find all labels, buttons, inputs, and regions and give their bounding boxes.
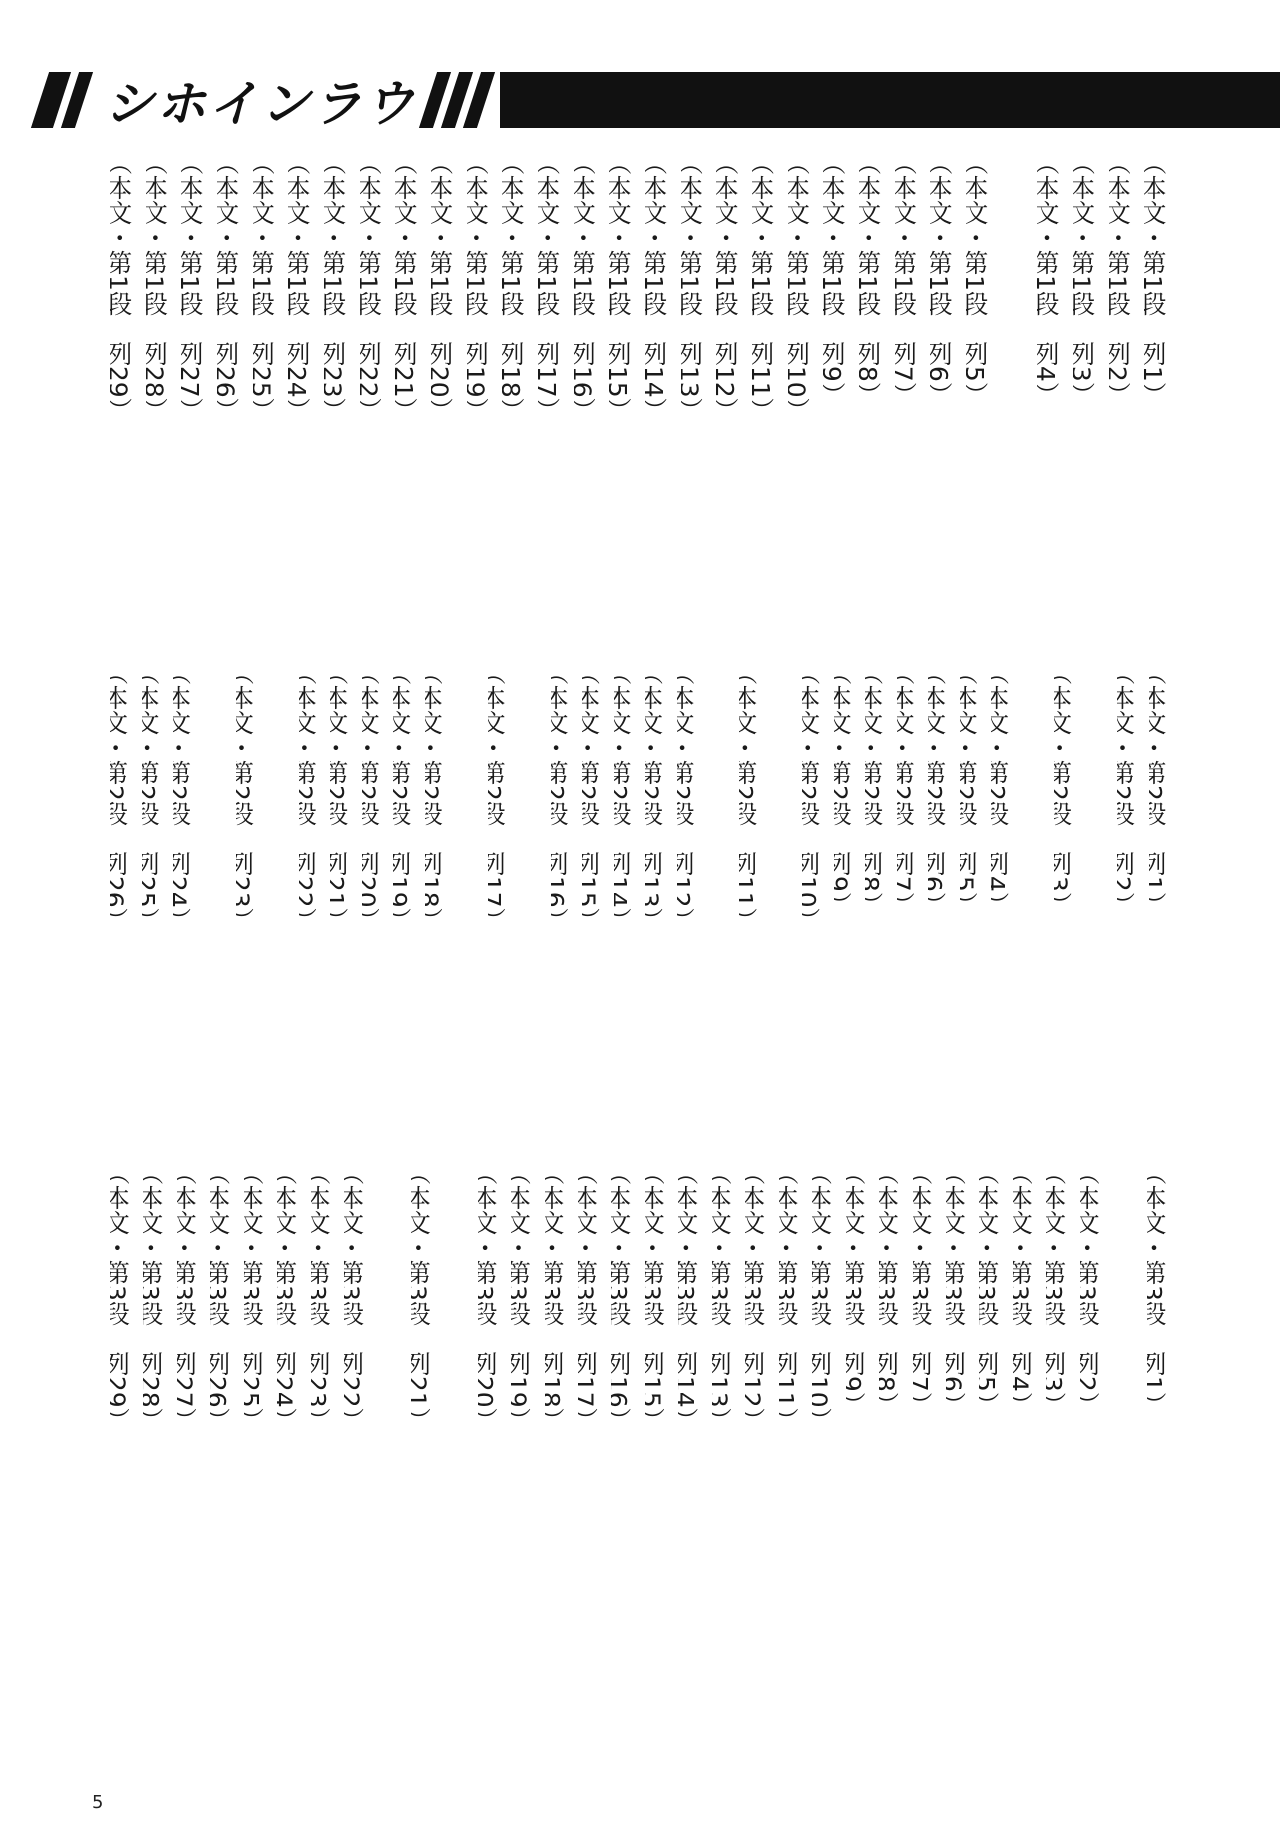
text-column: （本文・第2段 列2）	[1117, 660, 1139, 1090]
text-column: （本文・第3段 列15）	[645, 1160, 668, 1640]
text-column: （本文・第2段 列24）	[173, 660, 195, 1090]
text-column: （本文・第3段 列20）	[478, 1160, 501, 1640]
text-column: （本文・第2段 列16）	[551, 660, 573, 1090]
text-column: （本文・第1段 列23）	[324, 150, 350, 620]
text-column: （本文・第1段 列22）	[360, 150, 386, 620]
text-column	[708, 660, 729, 1090]
page-title: シホインラウ	[104, 64, 416, 136]
text-column: （本文・第3段 列24）	[277, 1160, 300, 1640]
text-column: （本文・第1段 列27）	[181, 150, 207, 620]
text-column: （本文・第2段 列26）	[110, 660, 132, 1090]
text-tier-upper: （本文・第1段 列1）（本文・第1段 列2）（本文・第1段 列3）（本文・第1段…	[110, 150, 1170, 620]
text-column: （本文・第2段 列1）	[1149, 660, 1171, 1090]
text-column: （本文・第3段 列23）	[311, 1160, 334, 1640]
text-column: （本文・第2段 列15）	[582, 660, 604, 1090]
text-column: （本文・第1段 列6）	[930, 150, 956, 620]
text-column: （本文・第3段 列19）	[511, 1160, 534, 1640]
text-column: （本文・第2段 列13）	[645, 660, 667, 1090]
text-column: （本文・第1段 列28）	[146, 150, 172, 620]
text-column	[1002, 150, 1028, 620]
text-column: （本文・第2段 列20）	[362, 660, 384, 1090]
text-column: （本文・第1段 列5）	[966, 150, 992, 620]
text-column: （本文・第1段 列18）	[502, 150, 528, 620]
text-column: （本文・第1段 列14）	[645, 150, 671, 620]
text-column	[456, 660, 477, 1090]
text-column: （本文・第3段 列10）	[812, 1160, 835, 1640]
text-column: （本文・第3段 列8）	[879, 1160, 902, 1640]
text-column: （本文・第2段 列12）	[677, 660, 699, 1090]
text-column: （本文・第3段 列27）	[177, 1160, 200, 1640]
text-column	[519, 660, 540, 1090]
text-column: （本文・第2段 列6）	[928, 660, 950, 1090]
text-column: （本文・第3段 列6）	[946, 1160, 969, 1640]
text-column: （本文・第1段 列8）	[859, 150, 885, 620]
text-column	[205, 660, 226, 1090]
title-banner: シホインラウ	[40, 70, 1280, 130]
text-column: （本文・第2段 列11）	[739, 660, 761, 1090]
text-column: （本文・第1段 列29）	[110, 150, 136, 620]
text-column: （本文・第2段 列21）	[330, 660, 352, 1090]
text-column: （本文・第3段 列16）	[611, 1160, 634, 1640]
text-column: （本文・第1段 列2）	[1109, 150, 1135, 620]
text-column: （本文・第1段 列9）	[823, 150, 849, 620]
text-column: （本文・第3段 列28）	[143, 1160, 166, 1640]
text-column: （本文・第2段 列8）	[865, 660, 887, 1090]
text-column: （本文・第3段 列18）	[545, 1160, 568, 1640]
text-column: （本文・第3段 列2）	[1080, 1160, 1103, 1640]
text-column: （本文・第1段 列10）	[788, 150, 814, 620]
text-column: （本文・第3段 列29）	[110, 1160, 133, 1640]
text-column	[444, 1160, 467, 1640]
text-column: （本文・第1段 列1）	[1144, 150, 1170, 620]
text-column: （本文・第1段 列21）	[395, 150, 421, 620]
text-column: （本文・第1段 列25）	[253, 150, 279, 620]
text-column: （本文・第3段 列21）	[411, 1160, 434, 1640]
text-column: （本文・第3段 列26）	[210, 1160, 233, 1640]
text-column: （本文・第2段 列25）	[142, 660, 164, 1090]
text-tier-lower: （本文・第3段 列1）（本文・第3段 列2）（本文・第3段 列3）（本文・第3段…	[110, 1160, 1170, 1640]
text-column: （本文・第1段 列20）	[431, 150, 457, 620]
text-column: （本文・第2段 列23）	[236, 660, 258, 1090]
text-column: （本文・第1段 列16）	[574, 150, 600, 620]
text-column: （本文・第3段 列5）	[979, 1160, 1002, 1640]
text-column	[267, 660, 288, 1090]
text-column	[1023, 660, 1044, 1090]
text-column: （本文・第2段 列14）	[614, 660, 636, 1090]
text-tier-middle: （本文・第2段 列1）（本文・第2段 列2）（本文・第2段 列3）（本文・第2段…	[110, 660, 1170, 1090]
text-column: （本文・第3段 列3）	[1046, 1160, 1069, 1640]
text-column: （本文・第2段 列19）	[393, 660, 415, 1090]
page-number: 5	[92, 1792, 103, 1813]
text-column: （本文・第1段 列12）	[716, 150, 742, 620]
text-column: （本文・第3段 列11）	[779, 1160, 802, 1640]
text-column: （本文・第3段 列17）	[578, 1160, 601, 1640]
text-column: （本文・第2段 列17）	[488, 660, 510, 1090]
text-column	[771, 660, 792, 1090]
text-column: （本文・第3段 列1）	[1147, 1160, 1170, 1640]
text-column: （本文・第1段 列3）	[1073, 150, 1099, 620]
text-column: （本文・第3段 列4）	[1013, 1160, 1036, 1640]
text-column	[1113, 1160, 1136, 1640]
text-column: （本文・第2段 列22）	[299, 660, 321, 1090]
text-column: （本文・第3段 列25）	[244, 1160, 267, 1640]
text-column: （本文・第1段 列15）	[609, 150, 635, 620]
text-column	[1086, 660, 1107, 1090]
text-column: （本文・第1段 列13）	[681, 150, 707, 620]
text-column: （本文・第2段 列9）	[834, 660, 856, 1090]
text-column: （本文・第2段 列3）	[1054, 660, 1076, 1090]
text-column: （本文・第2段 列4）	[991, 660, 1013, 1090]
text-column: （本文・第3段 列12）	[745, 1160, 768, 1640]
text-column: （本文・第2段 列18）	[425, 660, 447, 1090]
text-column: （本文・第2段 列7）	[897, 660, 919, 1090]
text-column: （本文・第1段 列11）	[752, 150, 778, 620]
text-column: （本文・第3段 列13）	[712, 1160, 735, 1640]
text-column: （本文・第1段 列24）	[288, 150, 314, 620]
text-column: （本文・第1段 列26）	[217, 150, 243, 620]
text-column: （本文・第2段 列10）	[802, 660, 824, 1090]
text-column: （本文・第3段 列9）	[846, 1160, 869, 1640]
text-column: （本文・第1段 列17）	[538, 150, 564, 620]
text-column	[378, 1160, 401, 1640]
text-column: （本文・第3段 列14）	[678, 1160, 701, 1640]
text-column: （本文・第2段 列5）	[960, 660, 982, 1090]
text-column: （本文・第3段 列7）	[913, 1160, 936, 1640]
text-column: （本文・第1段 列7）	[895, 150, 921, 620]
banner-bar	[500, 72, 1280, 128]
text-column: （本文・第1段 列4）	[1037, 150, 1063, 620]
text-column: （本文・第3段 列22）	[344, 1160, 367, 1640]
text-column: （本文・第1段 列19）	[467, 150, 493, 620]
